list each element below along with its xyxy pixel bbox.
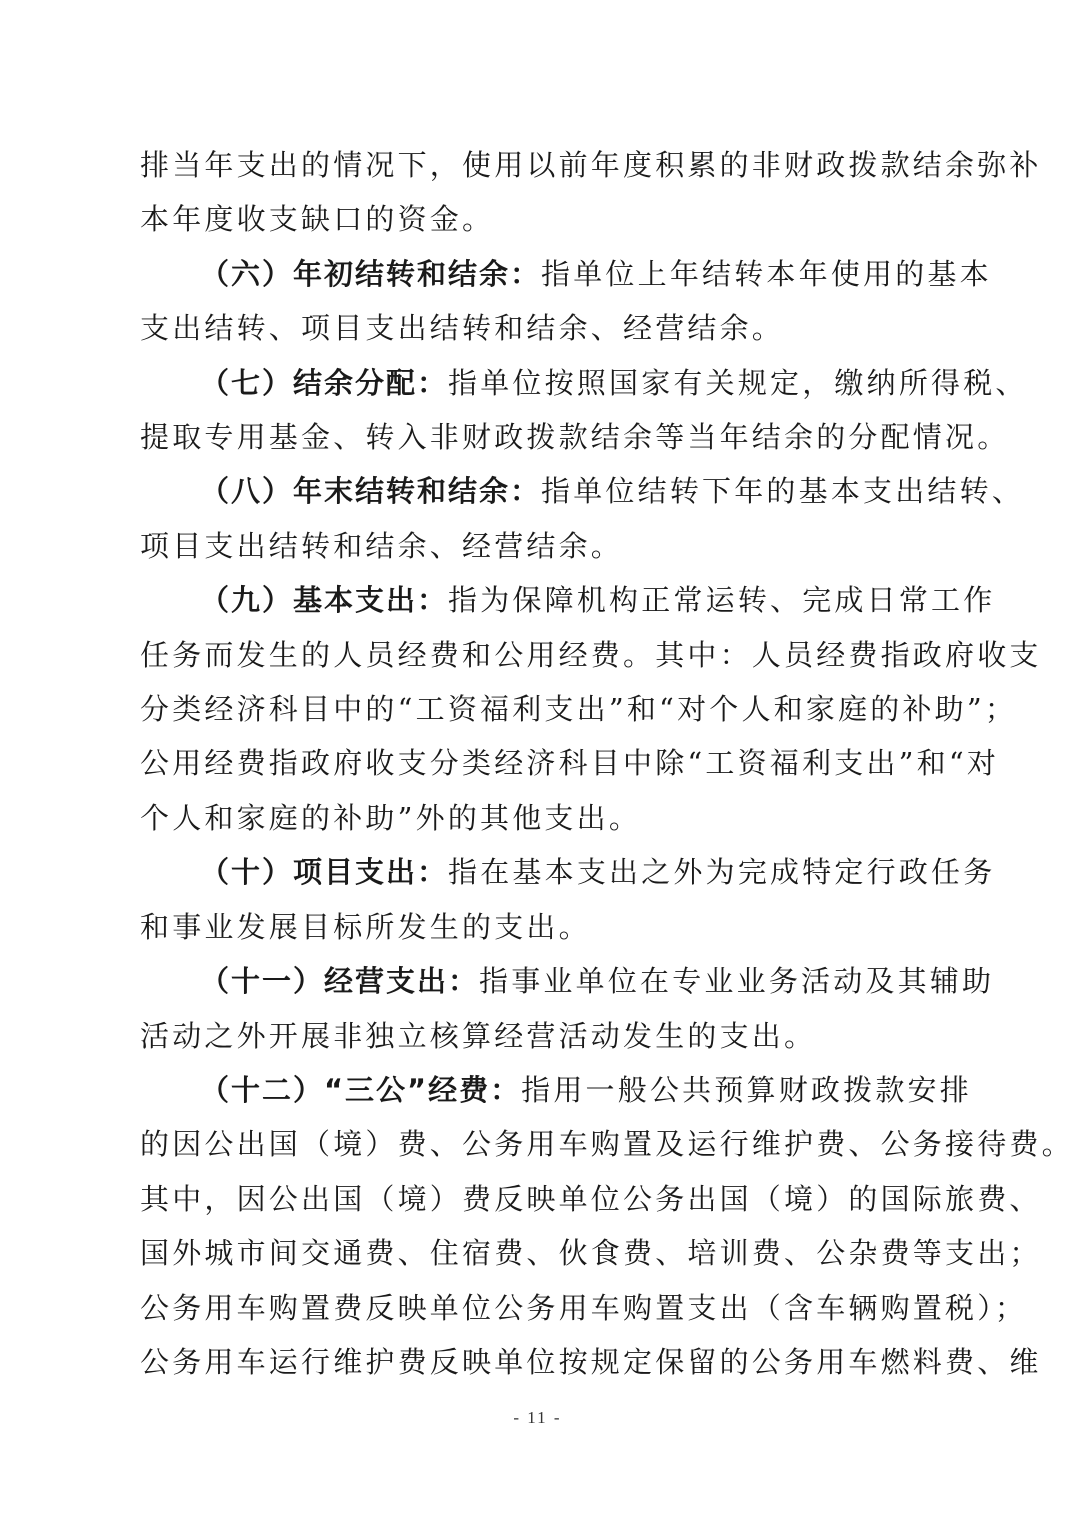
paragraph-project-expenditure: （十）项目支出：指在基本支出之外为完成特定行政任务 和事业发展目标所发生的支出。 xyxy=(140,845,940,954)
text-line: 指为保障机构正常运转、完成日常工作 xyxy=(448,583,995,617)
term-heading: （十）项目支出： xyxy=(200,855,448,889)
text-line: 活动之外开展非独立核算经营活动发生的支出。 xyxy=(140,1009,940,1063)
text-line: 指单位上年结转本年使用的基本 xyxy=(541,257,992,291)
text-line: 指单位按照国家有关规定，缴纳所得税、 xyxy=(448,366,1028,400)
text-line: 公务用车运行维护费反映单位按规定保留的公务用车燃料费、维 xyxy=(140,1335,940,1389)
text-line: 国外城市间交通费、住宿费、伙食费、培训费、公杂费等支出； xyxy=(140,1226,940,1280)
term-heading: （八）年末结转和结余： xyxy=(200,474,541,508)
text-line: 指单位结转下年的基本支出结转、 xyxy=(541,474,1024,508)
text-line: 指用一般公共预算财政拨款安排 xyxy=(521,1073,972,1107)
text-line: 和事业发展目标所发生的支出。 xyxy=(140,900,940,954)
paragraph-ending-balance: （八）年末结转和结余：指单位结转下年的基本支出结转、 项目支出结转和结余、经营结… xyxy=(140,464,940,573)
document-page: 排当年支出的情况下，使用以前年度积累的非财政拨款结余弥补 本年度收支缺口的资金。… xyxy=(140,138,940,1389)
paragraph-basic-expenditure: （九）基本支出：指为保障机构正常运转、完成日常工作 任务而发生的人员经费和公用经… xyxy=(140,573,940,845)
term-heading: （七）结余分配： xyxy=(200,366,448,400)
text-line: 公用经费指政府收支分类经济科目中除“工资福利支出”和“对 xyxy=(140,736,940,790)
text-line: 项目支出结转和结余、经营结余。 xyxy=(140,519,940,573)
term-heading: （六）年初结转和结余： xyxy=(200,257,541,291)
paragraph-continuation: 排当年支出的情况下，使用以前年度积累的非财政拨款结余弥补 本年度收支缺口的资金。 xyxy=(140,138,940,247)
paragraph-surplus-distribution: （七）结余分配：指单位按照国家有关规定，缴纳所得税、 提取专用基金、转入非财政拨… xyxy=(140,356,940,465)
text-line: 任务而发生的人员经费和公用经费。其中：人员经费指政府收支 xyxy=(140,628,940,682)
paragraph-beginning-balance: （六）年初结转和结余：指单位上年结转本年使用的基本 支出结转、项目支出结转和结余… xyxy=(140,247,940,356)
paragraph-operating-expenditure: （十一）经营支出：指事业单位在专业业务活动及其辅助 活动之外开展非独立核算经营活… xyxy=(140,954,940,1063)
text-line: 指在基本支出之外为完成特定行政任务 xyxy=(448,855,995,889)
term-heading: （九）基本支出： xyxy=(200,583,448,617)
text-line: 分类经济科目中的“工资福利支出”和“对个人和家庭的补助”； xyxy=(140,682,940,736)
text-line: 本年度收支缺口的资金。 xyxy=(140,192,940,246)
text-line: 提取专用基金、转入非财政拨款结余等当年结余的分配情况。 xyxy=(140,410,940,464)
paragraph-three-public-expenses: （十二）“三公”经费：指用一般公共预算财政拨款安排 的因公出国（境）费、公务用车… xyxy=(140,1063,940,1389)
text-line: 其中，因公出国（境）费反映单位公务出国（境）的国际旅费、 xyxy=(140,1172,940,1226)
text-line: 个人和家庭的补助”外的其他支出。 xyxy=(140,791,940,845)
text-line: 指事业单位在专业业务活动及其辅助 xyxy=(479,964,994,998)
term-heading: （十二）“三公”经费： xyxy=(200,1073,521,1107)
text-line: 支出结转、项目支出结转和结余、经营结余。 xyxy=(140,301,940,355)
term-heading: （十一）经营支出： xyxy=(200,964,479,998)
text-line: 公务用车购置费反映单位公务用车购置支出（含车辆购置税）； xyxy=(140,1281,940,1335)
page-number: - 11 - xyxy=(0,1408,1075,1428)
text-line: 的因公出国（境）费、公务用车购置及运行维护费、公务接待费。 xyxy=(140,1117,940,1171)
text-line: 排当年支出的情况下，使用以前年度积累的非财政拨款结余弥补 xyxy=(140,138,940,192)
